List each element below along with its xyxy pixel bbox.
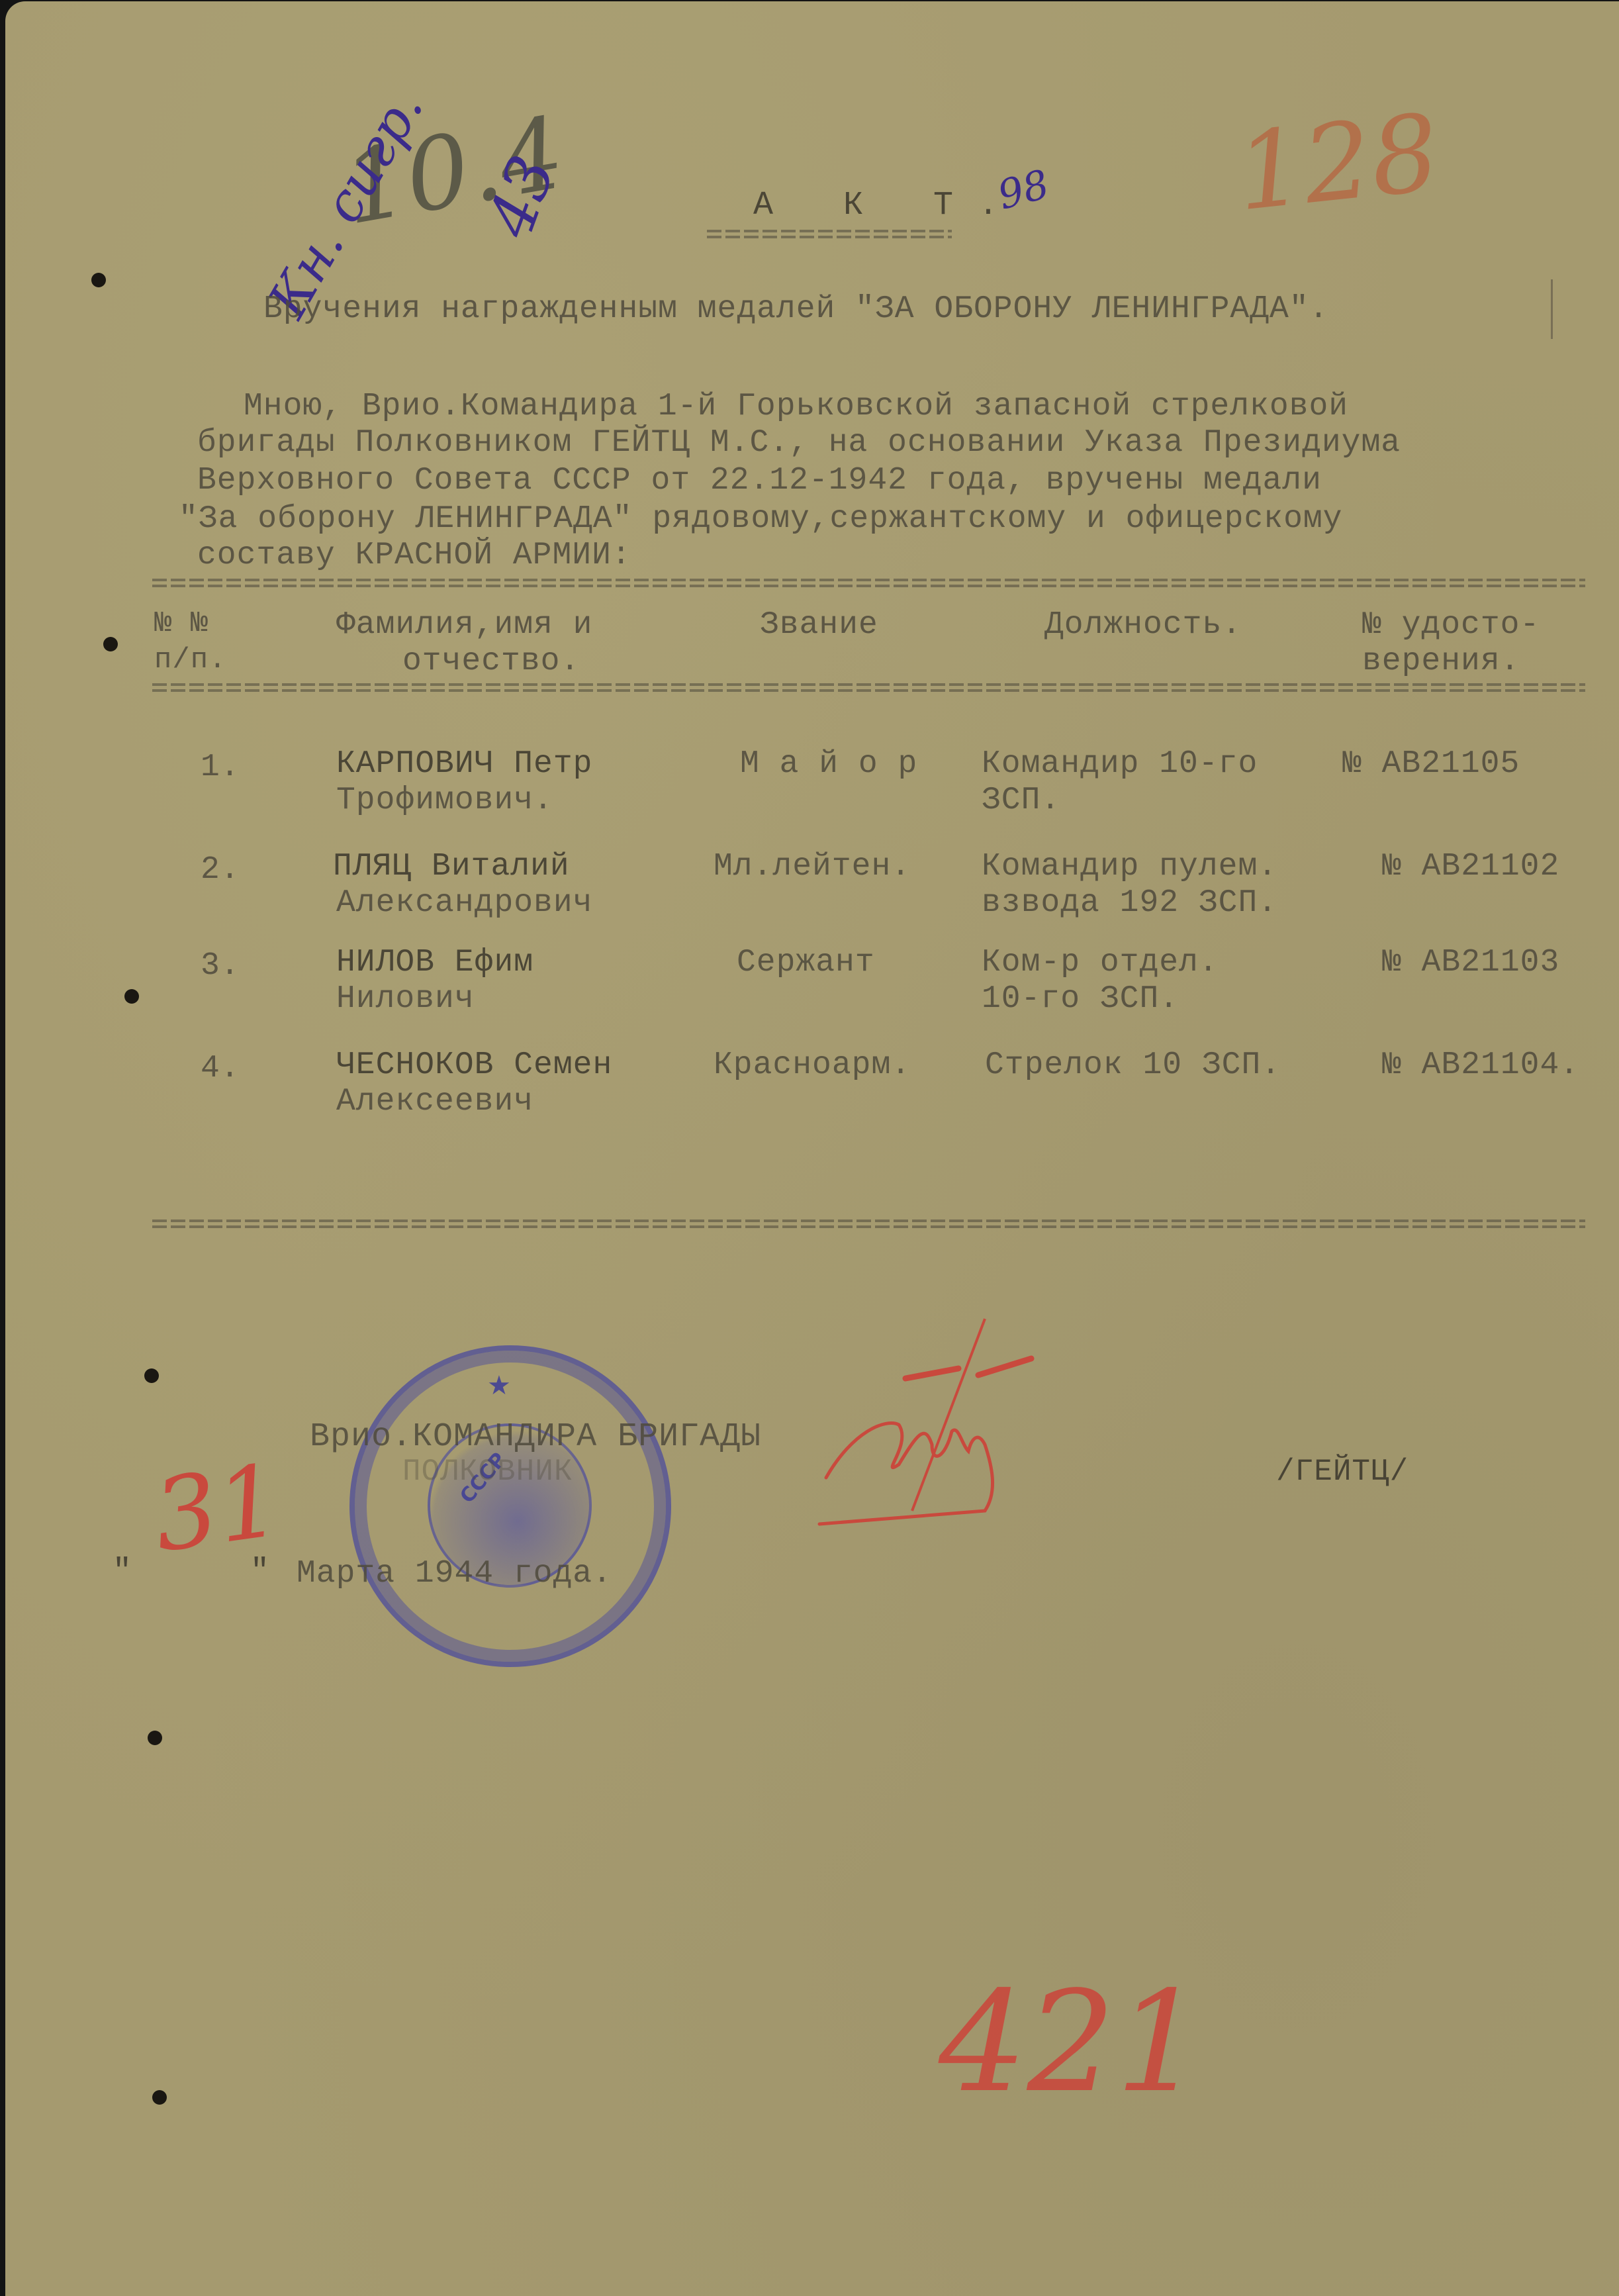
row-num: 4. bbox=[201, 1051, 240, 1086]
date-close-quote: " bbox=[250, 1554, 270, 1590]
row-rank: Красноарм. bbox=[714, 1047, 911, 1083]
title-underline bbox=[707, 230, 952, 239]
header-num-line1: № № bbox=[154, 607, 208, 640]
orange-page-number: 128 bbox=[1230, 91, 1444, 235]
punch-hole-6 bbox=[152, 2090, 167, 2105]
punch-hole-3 bbox=[124, 989, 139, 1004]
row-name-line2: Александрович bbox=[336, 885, 592, 921]
row-name-line2: Трофимович. bbox=[336, 783, 553, 818]
row-certificate: № АВ21103 bbox=[1382, 945, 1559, 981]
signature-title: Врио.КОМАНДИРА БРИГАДЫ bbox=[310, 1418, 761, 1456]
signature-scribble-icon bbox=[813, 1312, 1091, 1537]
row-name-line2: Алексеевич bbox=[336, 1084, 533, 1120]
punch-hole-2 bbox=[103, 637, 118, 651]
row-num: 2. bbox=[201, 852, 240, 888]
punch-hole-1 bbox=[91, 273, 106, 287]
margin-mark bbox=[1551, 279, 1553, 339]
date-open-quote: " bbox=[113, 1554, 132, 1590]
body-line-5: составу КРАСНОЙ АРМИИ: bbox=[197, 538, 631, 573]
header-certificate-line2: верения. bbox=[1362, 644, 1520, 679]
body-line-4: "За оборону ЛЕНИНГРАДА" рядовому,сержант… bbox=[179, 501, 1342, 537]
row-name-line1: КАРПОВИЧ Петр bbox=[336, 746, 592, 782]
document-title: А К Т. bbox=[753, 187, 1023, 224]
row-position-line2: 10-го ЗСП. bbox=[982, 981, 1179, 1017]
table-header-rule bbox=[152, 683, 1585, 693]
stamp-star-icon: ★ bbox=[487, 1370, 511, 1401]
row-rank: Сержант bbox=[737, 945, 875, 981]
signatory-name: /ГЕЙТЦ/ bbox=[1276, 1455, 1409, 1489]
header-name-line1: Фамилия,имя и bbox=[336, 607, 592, 643]
row-position-line2: взвода 192 ЗСП. bbox=[982, 885, 1277, 921]
row-num: 3. bbox=[201, 948, 240, 984]
row-num: 1. bbox=[201, 749, 240, 785]
body-line-2: бригады Полковником ГЕЙТЦ М.С., на основ… bbox=[197, 425, 1401, 461]
header-rank: Звание bbox=[760, 607, 878, 643]
row-position-line1: Командир пулем. bbox=[982, 849, 1277, 885]
row-position-line1: Стрелок 10 ЗСП. bbox=[985, 1047, 1281, 1083]
punch-hole-5 bbox=[148, 1731, 162, 1745]
title-number-annotation: 98 bbox=[993, 161, 1054, 218]
official-round-stamp: СССР ★ bbox=[349, 1345, 671, 1667]
row-name-line1: ЧЕСНОКОВ Семен bbox=[336, 1047, 612, 1083]
header-name-line2: отчество. bbox=[402, 644, 580, 679]
header-num-line2: п/п. bbox=[154, 644, 227, 677]
header-certificate-line1: № удосто- bbox=[1362, 607, 1540, 643]
row-name-line2: Нилович bbox=[336, 981, 475, 1017]
signature-title-rank: ПОЛКОВНИК bbox=[402, 1455, 573, 1489]
header-position: Должность. bbox=[1044, 607, 1242, 643]
table-bottom-rule bbox=[152, 1220, 1585, 1229]
body-line-3: Верховного Совета СССР от 22.12-1942 год… bbox=[197, 463, 1322, 499]
row-name-line1: ПЛЯЦ Виталий bbox=[333, 849, 570, 885]
document-subtitle: Вручения награжденным медалей "ЗА ОБОРОН… bbox=[263, 291, 1328, 327]
row-certificate: № АВ21102 bbox=[1382, 849, 1559, 885]
row-certificate: № АВ21105 bbox=[1342, 746, 1520, 782]
punch-hole-4 bbox=[144, 1368, 159, 1383]
row-certificate: № АВ21104. bbox=[1382, 1047, 1579, 1083]
row-rank: Мл.лейтен. bbox=[714, 849, 911, 885]
row-position-line1: Ком-р отдел. bbox=[982, 945, 1219, 981]
body-line-1: Мною, Врио.Командира 1-й Горьковской зап… bbox=[244, 389, 1348, 424]
row-position-line1: Командир 10-го bbox=[982, 746, 1258, 782]
row-name-line1: НИЛОВ Ефим bbox=[336, 945, 533, 981]
table-top-rule bbox=[152, 579, 1585, 588]
row-position-line2: ЗСП. bbox=[982, 783, 1060, 818]
archival-document-page: 10.4 43 Кн. сигр. 128 А К Т. 98 Вручения… bbox=[5, 1, 1619, 2296]
red-bottom-annotation: 421 bbox=[939, 1961, 1204, 2123]
date-rest: Марта 1944 года. bbox=[297, 1556, 612, 1592]
row-rank: М а й о р bbox=[740, 746, 917, 782]
